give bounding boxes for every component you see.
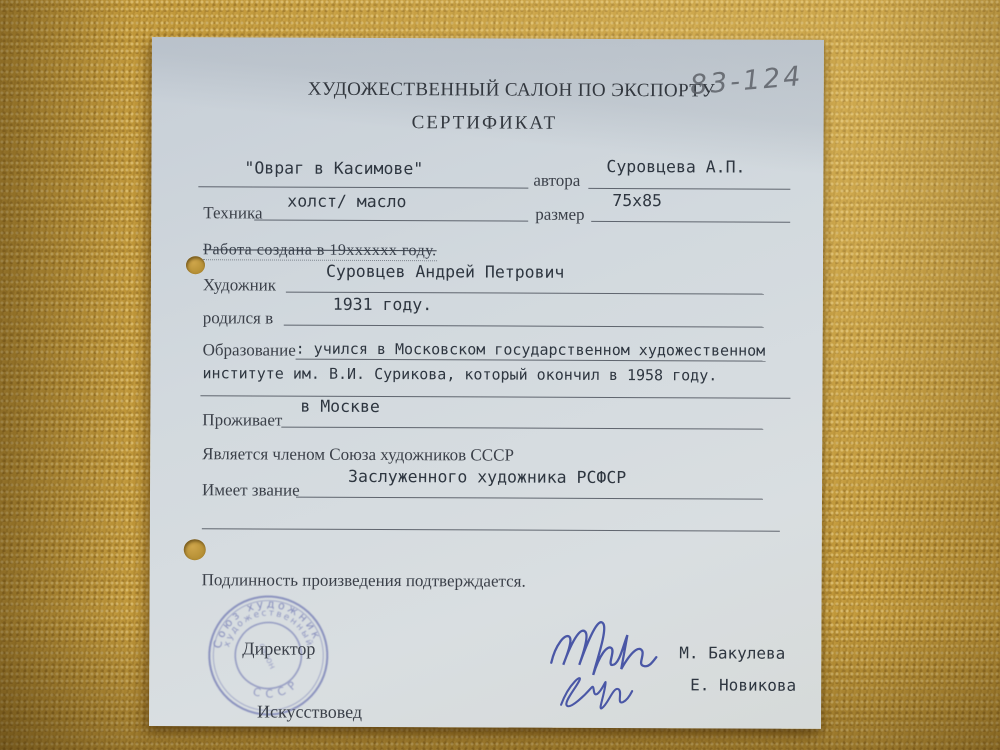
born-value: 1931 году. — [333, 295, 432, 314]
education-value-line2: институте им. В.И. Сурикова, который око… — [202, 364, 717, 384]
author-value: Суровцева А.П. — [606, 157, 745, 177]
size-value: 75х85 — [612, 191, 662, 210]
signature1-name: М. Бакулева — [679, 643, 785, 662]
field-rule-technique — [254, 219, 528, 221]
field-rule-residence — [281, 427, 763, 430]
certificate-subtitle: СЕРТИФИКАТ — [412, 112, 558, 135]
certificate-paper: ХУДОЖЕСТВЕННЫЙ САЛОН ПО ЭКСПОРТУ СЕРТИФИ… — [149, 37, 824, 729]
artwork-title-value: "Овраг в Касимове" — [244, 158, 423, 178]
artist-value: Суровцев Андрей Петрович — [326, 262, 565, 282]
photo-background: ХУДОЖЕСТВЕННЫЙ САЛОН ПО ЭКСПОРТУ СЕРТИФИ… — [0, 0, 1000, 750]
education-value-line1: : учился в Московском государственном ху… — [296, 340, 766, 362]
honor-label: Имеет звание — [202, 480, 300, 500]
signature-scrawl-2 — [561, 678, 632, 709]
struck-workyear-line: Работа создана в 19хххххх году. — [203, 241, 437, 261]
residence-label: Проживает — [202, 410, 282, 430]
residence-value: в Москве — [300, 397, 380, 416]
honor-value: Заслуженного художника РСФСР — [348, 467, 626, 487]
expert-label: Искусствовед — [257, 701, 362, 722]
signature-scrawl-1 — [551, 622, 656, 675]
artist-label: Художник — [203, 275, 276, 295]
blank-rule — [202, 528, 780, 532]
membership-line: Является членом Союза художников СССР — [202, 444, 514, 465]
director-label: Директор — [242, 638, 315, 659]
education-label: Образование — [203, 340, 296, 360]
registry-number: 83-124 — [689, 61, 805, 101]
field-rule-honor — [296, 497, 763, 500]
certificate-title: ХУДОЖЕСТВЕННЫЙ САЛОН ПО ЭКСПОРТУ — [308, 79, 715, 103]
technique-value: холст/ масло — [287, 192, 406, 212]
field-rule-artwork — [198, 186, 528, 188]
signature2-name: Е. Новикова — [690, 675, 796, 694]
field-rule-education — [200, 395, 790, 399]
punch-hole-bottom — [184, 539, 206, 560]
field-rule-author — [588, 188, 790, 190]
signature-scrawls — [541, 607, 712, 723]
size-label: размер — [535, 205, 584, 225]
field-rule-born — [284, 325, 764, 328]
authenticity-line: Подлинность произведения подтверждается. — [202, 570, 526, 591]
field-rule-size — [591, 221, 790, 223]
born-label: родился в — [203, 308, 273, 328]
author-label: автора — [533, 171, 580, 191]
